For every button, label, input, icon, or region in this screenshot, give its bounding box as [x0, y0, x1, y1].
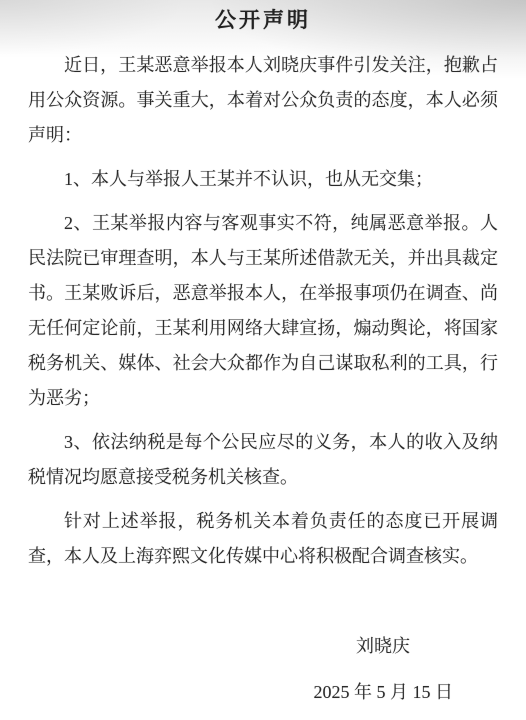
- statement-body: 近日，王某恶意举报本人刘晓庆事件引发关注，抱歉占用公众资源。事关重大，本着对公众…: [28, 48, 498, 574]
- signature-date: 2025 年 5 月 15 日: [28, 675, 498, 710]
- statement-point-2: 2、王某举报内容与客观事实不符，纯属恶意举报。人民法院已审理查明，本人与王某所述…: [28, 206, 498, 416]
- signature-name: 刘晓庆: [28, 629, 498, 664]
- paragraph-closing: 针对上述举报，税务机关本着负责任的态度已开展调查，本人及上海弈熙文化传媒中心将积…: [28, 504, 498, 574]
- statement-content: 公开声明 近日，王某恶意举报本人刘晓庆事件引发关注，抱歉占用公众资源。事关重大，…: [0, 0, 526, 710]
- signature-block: 刘晓庆 2025 年 5 月 15 日: [28, 629, 498, 710]
- statement-title: 公开声明: [28, 6, 498, 34]
- statement-point-1: 1、本人与举报人王某并不认识，也从无交集；: [28, 162, 498, 197]
- statement-point-3: 3、依法纳税是每个公民应尽的义务，本人的收入及纳税情况均愿意接受税务机关核查。: [28, 425, 498, 495]
- paragraph-intro: 近日，王某恶意举报本人刘晓庆事件引发关注，抱歉占用公众资源。事关重大，本着对公众…: [28, 48, 498, 153]
- statement-document-page: 公开声明 近日，王某恶意举报本人刘晓庆事件引发关注，抱歉占用公众资源。事关重大，…: [0, 0, 526, 720]
